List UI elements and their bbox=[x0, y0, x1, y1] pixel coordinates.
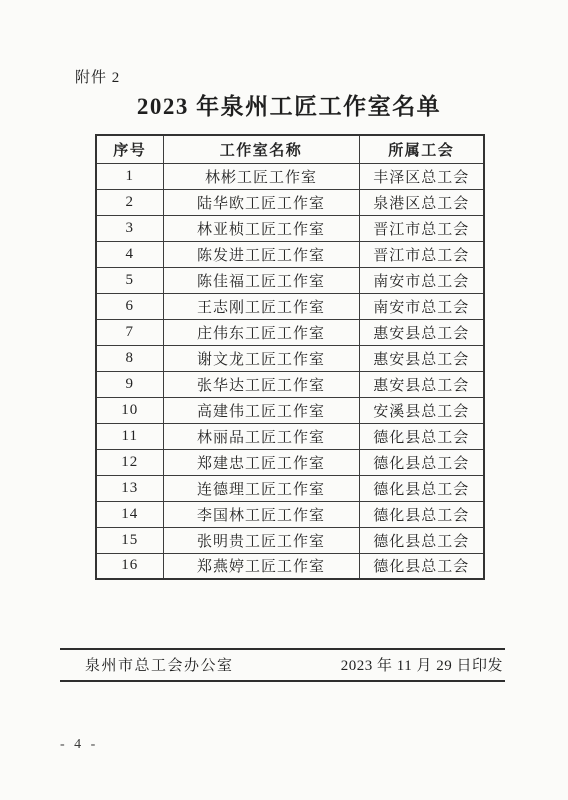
cell-workshop-name: 庄伟东工匠工作室 bbox=[163, 319, 359, 345]
footer-print-date: 2023 年 11 月 29 日印发 bbox=[341, 654, 503, 675]
cell-union: 晋江市总工会 bbox=[359, 215, 484, 241]
cell-workshop-name: 张明贵工匠工作室 bbox=[163, 527, 359, 553]
table-row: 10高建伟工匠工作室安溪县总工会 bbox=[96, 397, 484, 423]
cell-workshop-name: 谢文龙工匠工作室 bbox=[163, 345, 359, 371]
cell-serial-number: 11 bbox=[96, 423, 163, 449]
cell-serial-number: 1 bbox=[96, 163, 163, 189]
cell-workshop-name: 陈佳福工匠工作室 bbox=[163, 267, 359, 293]
cell-serial-number: 10 bbox=[96, 397, 163, 423]
cell-workshop-name: 李国林工匠工作室 bbox=[163, 501, 359, 527]
table-row: 3林亚桢工匠工作室晋江市总工会 bbox=[96, 215, 484, 241]
cell-serial-number: 7 bbox=[96, 319, 163, 345]
table-row: 6王志刚工匠工作室南安市总工会 bbox=[96, 293, 484, 319]
cell-union: 安溪县总工会 bbox=[359, 397, 484, 423]
table-row: 12郑建忠工匠工作室德化县总工会 bbox=[96, 449, 484, 475]
footer-rule-top bbox=[60, 648, 505, 650]
table-row: 4陈发进工匠工作室晋江市总工会 bbox=[96, 241, 484, 267]
cell-workshop-name: 陈发进工匠工作室 bbox=[163, 241, 359, 267]
cell-workshop-name: 郑建忠工匠工作室 bbox=[163, 449, 359, 475]
page-title: 2023 年泉州工匠工作室名单 bbox=[75, 88, 503, 121]
cell-serial-number: 16 bbox=[96, 553, 163, 579]
footer-issuer: 泉州市总工会办公室 bbox=[85, 654, 234, 675]
cell-serial-number: 5 bbox=[96, 267, 163, 293]
cell-union: 南安市总工会 bbox=[359, 293, 484, 319]
cell-union: 南安市总工会 bbox=[359, 267, 484, 293]
cell-union: 德化县总工会 bbox=[359, 553, 484, 579]
cell-workshop-name: 张华达工匠工作室 bbox=[163, 371, 359, 397]
table-row: 16郑燕婷工匠工作室德化县总工会 bbox=[96, 553, 484, 579]
table-row: 9张华达工匠工作室惠安县总工会 bbox=[96, 371, 484, 397]
cell-union: 德化县总工会 bbox=[359, 449, 484, 475]
cell-serial-number: 14 bbox=[96, 501, 163, 527]
header-serial-number: 序号 bbox=[96, 135, 163, 163]
cell-union: 丰泽区总工会 bbox=[359, 163, 484, 189]
cell-workshop-name: 郑燕婷工匠工作室 bbox=[163, 553, 359, 579]
cell-serial-number: 12 bbox=[96, 449, 163, 475]
footer-row: 泉州市总工会办公室 2023 年 11 月 29 日印发 bbox=[60, 654, 505, 675]
cell-union: 德化县总工会 bbox=[359, 475, 484, 501]
cell-serial-number: 15 bbox=[96, 527, 163, 553]
workshop-table: 序号 工作室名称 所属工会 1林彬工匠工作室丰泽区总工会2陆华欧工匠工作室泉港区… bbox=[95, 134, 485, 580]
cell-union: 德化县总工会 bbox=[359, 423, 484, 449]
cell-workshop-name: 陆华欧工匠工作室 bbox=[163, 189, 359, 215]
table-row: 1林彬工匠工作室丰泽区总工会 bbox=[96, 163, 484, 189]
cell-serial-number: 13 bbox=[96, 475, 163, 501]
cell-workshop-name: 林彬工匠工作室 bbox=[163, 163, 359, 189]
workshop-table-body: 1林彬工匠工作室丰泽区总工会2陆华欧工匠工作室泉港区总工会3林亚桢工匠工作室晋江… bbox=[96, 163, 484, 579]
document-page: 附件 2 2023 年泉州工匠工作室名单 序号 工作室名称 所属工会 1林彬工匠… bbox=[0, 0, 568, 800]
table-row: 7庄伟东工匠工作室惠安县总工会 bbox=[96, 319, 484, 345]
table-row: 14李国林工匠工作室德化县总工会 bbox=[96, 501, 484, 527]
cell-workshop-name: 林亚桢工匠工作室 bbox=[163, 215, 359, 241]
cell-union: 惠安县总工会 bbox=[359, 345, 484, 371]
cell-union: 惠安县总工会 bbox=[359, 319, 484, 345]
cell-serial-number: 2 bbox=[96, 189, 163, 215]
table-row: 2陆华欧工匠工作室泉港区总工会 bbox=[96, 189, 484, 215]
cell-union: 德化县总工会 bbox=[359, 501, 484, 527]
cell-workshop-name: 高建伟工匠工作室 bbox=[163, 397, 359, 423]
header-union: 所属工会 bbox=[359, 135, 484, 163]
table-row: 13连德理工匠工作室德化县总工会 bbox=[96, 475, 484, 501]
cell-serial-number: 6 bbox=[96, 293, 163, 319]
cell-serial-number: 4 bbox=[96, 241, 163, 267]
table-row: 11林丽品工匠工作室德化县总工会 bbox=[96, 423, 484, 449]
cell-serial-number: 8 bbox=[96, 345, 163, 371]
cell-union: 晋江市总工会 bbox=[359, 241, 484, 267]
table-row: 5陈佳福工匠工作室南安市总工会 bbox=[96, 267, 484, 293]
cell-serial-number: 3 bbox=[96, 215, 163, 241]
cell-union: 惠安县总工会 bbox=[359, 371, 484, 397]
table-row: 8谢文龙工匠工作室惠安县总工会 bbox=[96, 345, 484, 371]
header-workshop-name: 工作室名称 bbox=[163, 135, 359, 163]
cell-workshop-name: 连德理工匠工作室 bbox=[163, 475, 359, 501]
footer-rule-bottom bbox=[60, 680, 505, 682]
table-header-row: 序号 工作室名称 所属工会 bbox=[96, 135, 484, 163]
page-number: - 4 - bbox=[60, 737, 98, 753]
cell-union: 泉港区总工会 bbox=[359, 189, 484, 215]
cell-serial-number: 9 bbox=[96, 371, 163, 397]
cell-workshop-name: 王志刚工匠工作室 bbox=[163, 293, 359, 319]
table-row: 15张明贵工匠工作室德化县总工会 bbox=[96, 527, 484, 553]
attachment-label: 附件 2 bbox=[75, 66, 120, 87]
cell-workshop-name: 林丽品工匠工作室 bbox=[163, 423, 359, 449]
cell-union: 德化县总工会 bbox=[359, 527, 484, 553]
